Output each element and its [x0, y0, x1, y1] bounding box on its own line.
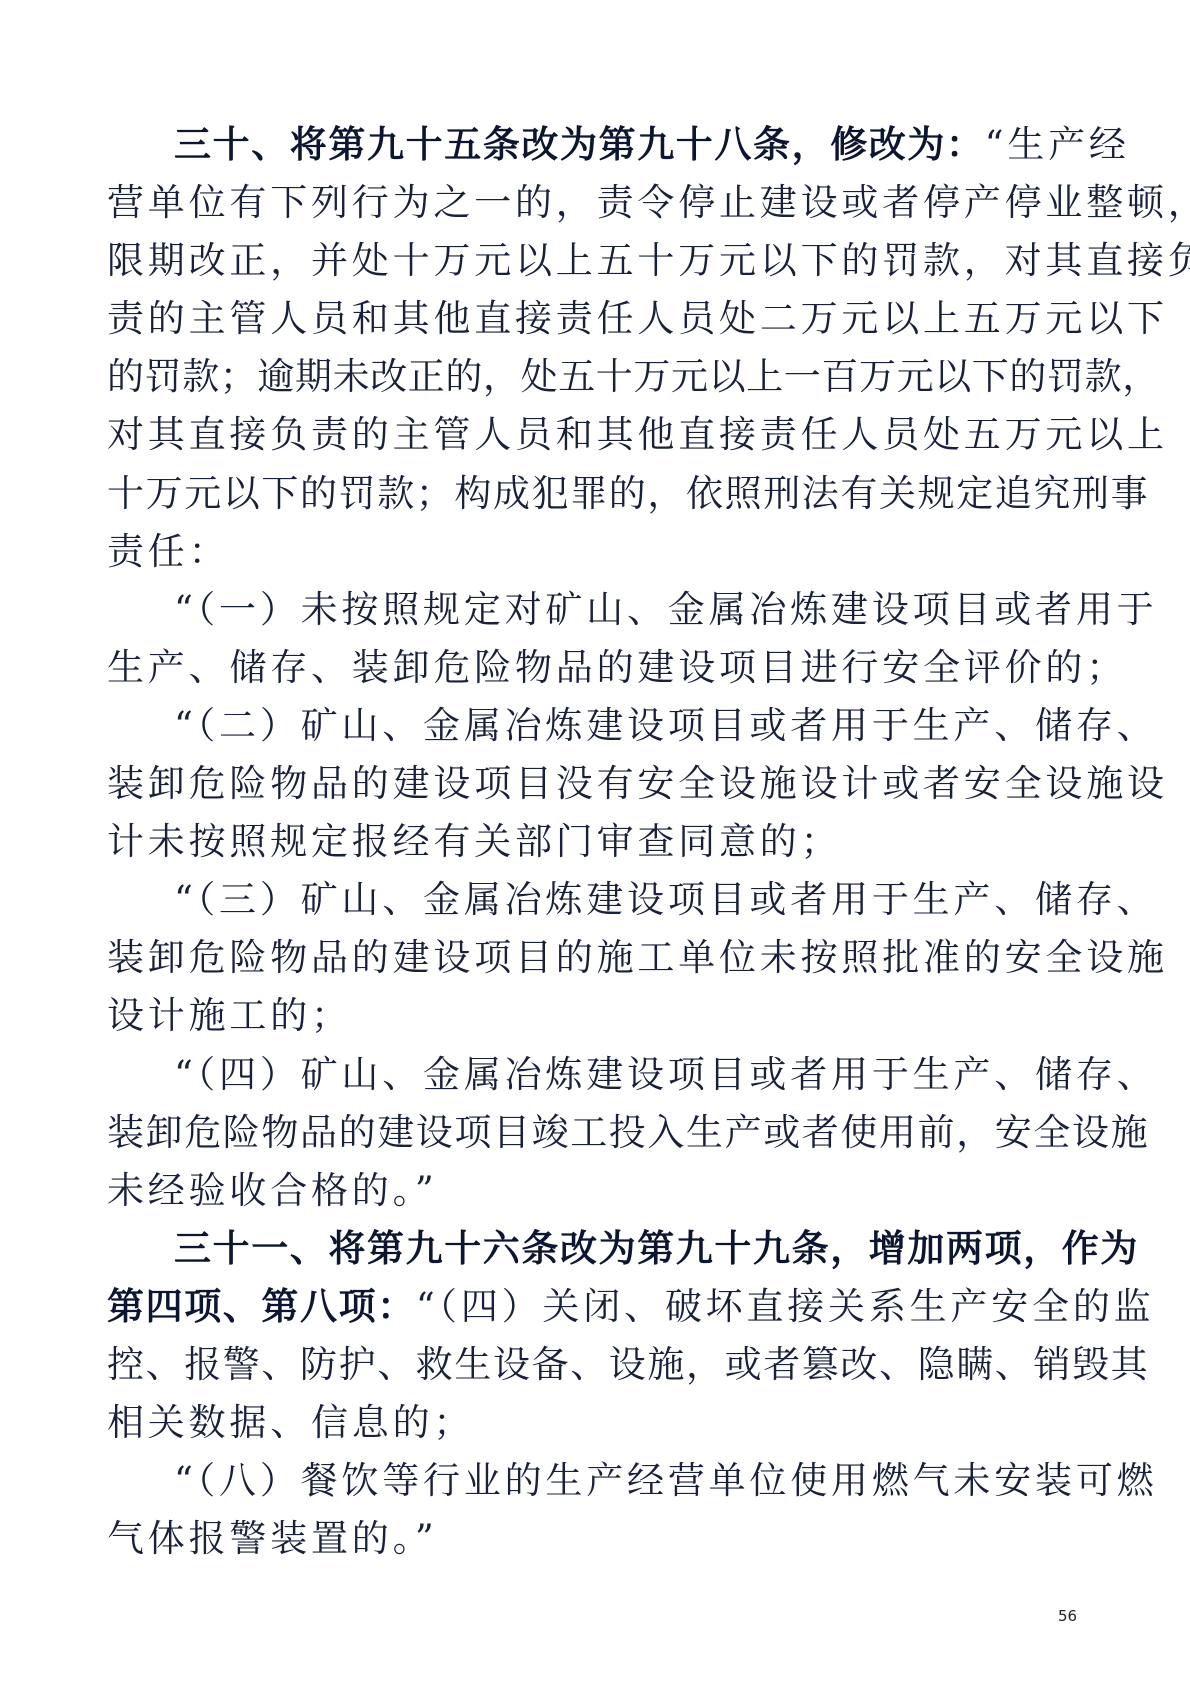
amendment-31-heading-cont: 第四项、第八项：	[107, 1285, 416, 1328]
amendment-30-heading-line: 三十、将第九十五条改为第九十八条，修改为：“生产经	[107, 116, 1005, 174]
text-line: 的罚款；逾期未改正的，处五十万元以上一百万元以下的罚款，	[107, 348, 1005, 406]
text-line: 装卸危险物品的建设项目的施工单位未按照批准的安全设施	[107, 929, 1005, 987]
item-1-line: “（一）未按照规定对矿山、金属冶炼建设项目或者用于	[107, 581, 1005, 639]
text-line: 生产、储存、装卸危险物品的建设项目进行安全评价的；	[107, 639, 1005, 697]
text-line: 限期改正，并处十万元以上五十万元以下的罚款，对其直接负	[107, 232, 1005, 290]
text-line: 十万元以下的罚款；构成犯罪的，依照刑法有关规定追究刑事	[107, 465, 1005, 523]
text-line: 计未按照规定报经有关部门审查同意的；	[107, 813, 1005, 871]
amendment-31-heading-line-2: 第四项、第八项：“（四）关闭、破坏直接关系生产安全的监	[107, 1278, 1005, 1336]
amendment-31-heading: 三十一、将第九十六条改为第九十九条，增加两项，作为	[107, 1220, 1005, 1278]
text-line: 对其直接负责的主管人员和其他直接责任人员处五万元以上	[107, 406, 1005, 464]
text-line: 设计施工的；	[107, 987, 1005, 1045]
text-line: 控、报警、防护、救生设备、设施，或者篡改、隐瞒、销毁其	[107, 1336, 1005, 1394]
text-line: 未经验收合格的。”	[107, 1162, 1005, 1220]
item-8-line: “（八）餐饮等行业的生产经营单位使用燃气未安装可燃	[107, 1452, 1005, 1510]
text-line: 相关数据、信息的；	[107, 1394, 1005, 1452]
amendment-30-heading: 三十、将第九十五条改为第九十八条，修改为：	[174, 123, 985, 166]
item-3-line: “（三）矿山、金属冶炼建设项目或者用于生产、储存、	[107, 871, 1005, 929]
text-line: 装卸危险物品的建设项目没有安全设施设计或者安全设施设	[107, 755, 1005, 813]
item-4-line: “（四）矿山、金属冶炼建设项目或者用于生产、储存、	[107, 1046, 1005, 1104]
item-2-line: “（二）矿山、金属冶炼建设项目或者用于生产、储存、	[107, 697, 1005, 755]
document-body: 三十、将第九十五条改为第九十八条，修改为：“生产经 营单位有下列行为之一的，责令…	[107, 116, 1005, 1568]
text-line: 装卸危险物品的建设项目竣工投入生产或者使用前，安全设施	[107, 1104, 1005, 1162]
text-line: 气体报警装置的。”	[107, 1510, 1005, 1568]
text-line: 责的主管人员和其他直接责任人员处二万元以上五万元以下	[107, 290, 1005, 348]
text-line: 责任：	[107, 523, 1005, 581]
amendment-30-quote-start: “生产经	[985, 123, 1130, 166]
page-number: 56	[1058, 1607, 1077, 1625]
text-line: 营单位有下列行为之一的，责令停止建设或者停产停业整顿，	[107, 174, 1005, 232]
amendment-31-item-4-start: “（四）关闭、破坏直接关系生产安全的监	[416, 1285, 1155, 1328]
document-page: 三十、将第九十五条改为第九十八条，修改为：“生产经 营单位有下列行为之一的，责令…	[0, 0, 1190, 1683]
